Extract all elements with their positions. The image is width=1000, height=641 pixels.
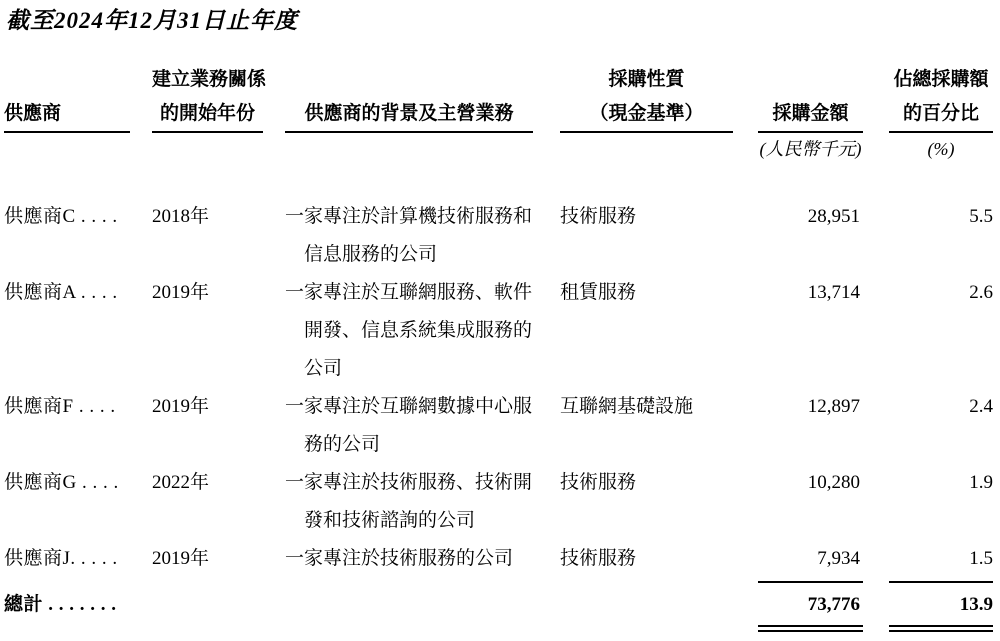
- total-percent-cell: 13.9: [889, 581, 993, 632]
- column-header-year-line2: 的開始年份: [152, 97, 263, 131]
- column-header-nature-line2: （現金基準）: [560, 97, 733, 131]
- supplier-cell: 供應商A . . . .: [4, 274, 152, 312]
- description-line: 開發、信息系統集成服務的: [285, 312, 560, 350]
- page-title: 截至2024年12月31日止年度: [6, 6, 993, 36]
- nature-cell: 技術服務: [560, 198, 758, 236]
- total-label: 總計 . . . . . . .: [4, 581, 152, 618]
- percent-cell: 2.4: [889, 388, 993, 426]
- column-header-year: 建立業務關係 的開始年份: [152, 63, 285, 133]
- nature-cell: 技術服務: [560, 540, 758, 578]
- year-cell: 2019年: [152, 540, 285, 578]
- description-cell: 一家專注於技術服務的公司: [285, 540, 560, 578]
- year-cell: 2019年: [152, 388, 285, 426]
- description-line: 一家專注於計算機技術服務和: [285, 198, 560, 236]
- nature-cell: 互聯網基礎設施: [560, 388, 758, 426]
- column-header-percent-line2: 的百分比: [889, 97, 993, 131]
- table-row-supplier-f: 供應商F . . . . 2019年 一家專注於互聯網數據中心服 務的公司 互聯…: [4, 388, 993, 464]
- total-amount-cell: 73,776: [758, 581, 863, 632]
- table-row-supplier-a: 供應商A . . . . 2019年 一家專注於互聯網服務、軟件 開發、信息系統…: [4, 274, 993, 388]
- table-header-row: 供應商 建立業務關係 的開始年份 供應商的背景及主營業務 採購性質 （現金基準）…: [4, 63, 993, 133]
- column-header-supplier: 供應商: [4, 97, 152, 133]
- description-cell: 一家專注於互聯網服務、軟件 開發、信息系統集成服務的 公司: [285, 274, 560, 388]
- supplier-cell: 供應商G . . . .: [4, 464, 152, 502]
- table-row-supplier-j: 供應商J. . . . . 2019年 一家專注於技術服務的公司 技術服務 7,…: [4, 540, 993, 578]
- supplier-cell: 供應商F . . . .: [4, 388, 152, 426]
- amount-cell: 13,714: [758, 274, 863, 312]
- description-line: 一家專注於技術服務的公司: [285, 540, 560, 578]
- description-line: 一家專注於技術服務、技術開: [285, 464, 560, 502]
- column-header-amount-label: 採購金額: [758, 97, 863, 131]
- column-header-percent-line1: 佔總採購額: [889, 63, 993, 97]
- table-units-row: (人民幣千元) (%): [4, 133, 993, 165]
- column-header-nature-line1: 採購性質: [560, 63, 733, 97]
- description-cell: 一家專注於互聯網數據中心服 務的公司: [285, 388, 560, 464]
- description-line: 務的公司: [285, 426, 560, 464]
- description-cell: 一家專注於計算機技術服務和 信息服務的公司: [285, 198, 560, 274]
- table-row-supplier-c: 供應商C . . . . 2018年 一家專注於計算機技術服務和 信息服務的公司…: [4, 198, 993, 274]
- description-line: 公司: [285, 350, 560, 388]
- amount-cell: 12,897: [758, 388, 863, 426]
- supplier-cell: 供應商C . . . .: [4, 198, 152, 236]
- description-line: 信息服務的公司: [285, 236, 560, 274]
- percent-cell: 1.5: [889, 540, 993, 578]
- supplier-cell: 供應商J. . . . .: [4, 540, 152, 578]
- percent-cell: 2.6: [889, 274, 993, 312]
- table-total-row: 總計 . . . . . . . 73,776 13.9: [4, 581, 993, 632]
- percent-unit-label: (%): [889, 133, 993, 165]
- nature-cell: 技術服務: [560, 464, 758, 502]
- column-header-year-line1: 建立業務關係: [152, 63, 263, 97]
- year-cell: 2019年: [152, 274, 285, 312]
- description-cell: 一家專注於技術服務、技術開 發和技術諮詢的公司: [285, 464, 560, 540]
- amount-unit-label: (人民幣千元): [758, 133, 863, 165]
- description-line: 發和技術諮詢的公司: [285, 502, 560, 540]
- amount-cell: 7,934: [758, 540, 863, 578]
- nature-cell: 租賃服務: [560, 274, 758, 312]
- percent-cell: 5.5: [889, 198, 993, 236]
- table-row-supplier-g: 供應商G . . . . 2022年 一家專注於技術服務、技術開 發和技術諮詢的…: [4, 464, 993, 540]
- amount-cell: 28,951: [758, 198, 863, 236]
- column-header-nature: 採購性質 （現金基準）: [560, 63, 758, 133]
- column-header-amount: 採購金額: [758, 97, 863, 133]
- column-header-background: 供應商的背景及主營業務: [285, 97, 560, 133]
- table-body: 供應商C . . . . 2018年 一家專注於計算機技術服務和 信息服務的公司…: [4, 198, 993, 578]
- document-page: 截至2024年12月31日止年度 供應商 建立業務關係 的開始年份 供應商的背景…: [0, 0, 1000, 641]
- column-header-background-label: 供應商的背景及主營業務: [285, 97, 533, 131]
- description-line: 一家專注於互聯網數據中心服: [285, 388, 560, 426]
- column-header-supplier-label: 供應商: [4, 97, 130, 131]
- description-line: 一家專注於互聯網服務、軟件: [285, 274, 560, 312]
- year-cell: 2018年: [152, 198, 285, 236]
- column-header-percent: 佔總採購額 的百分比: [889, 63, 993, 133]
- year-cell: 2022年: [152, 464, 285, 502]
- amount-cell: 10,280: [758, 464, 863, 502]
- percent-cell: 1.9: [889, 464, 993, 502]
